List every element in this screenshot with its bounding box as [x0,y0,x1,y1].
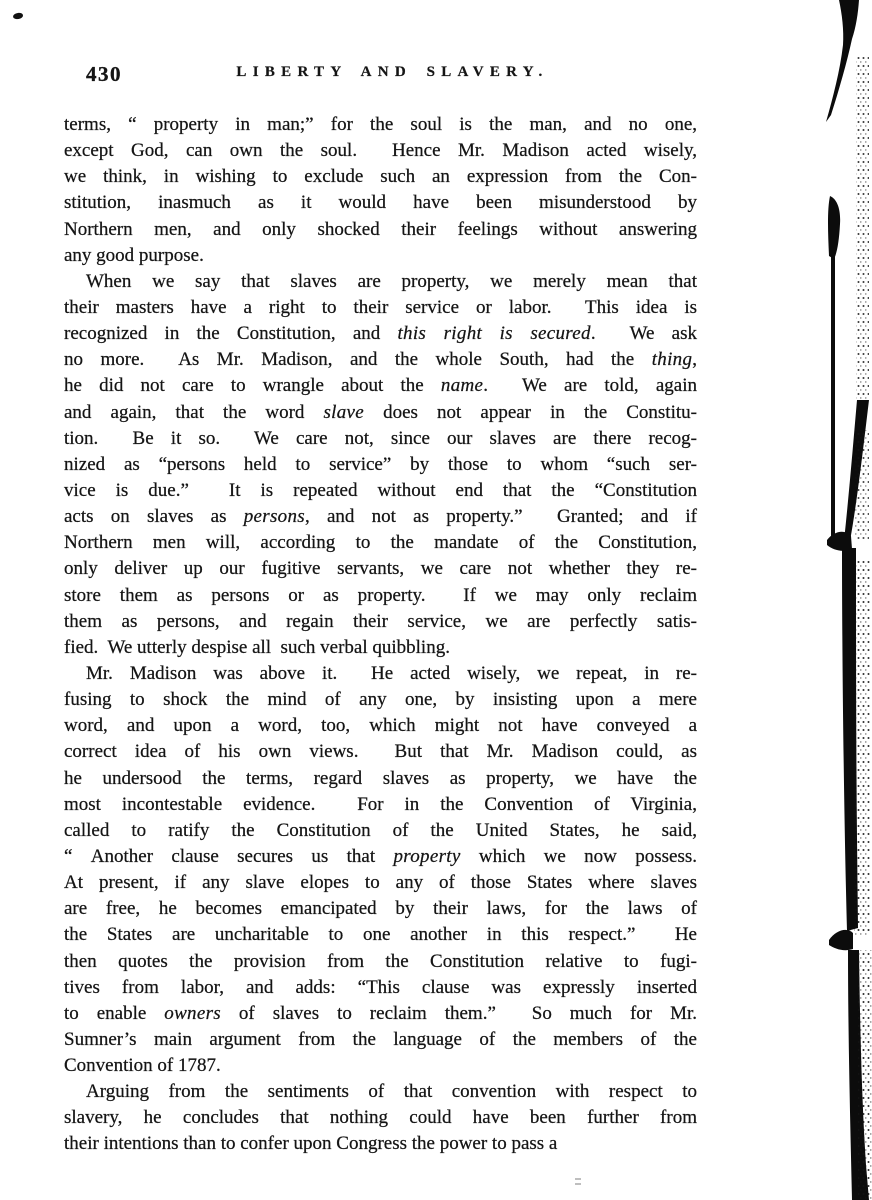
text-line: then quotes the provision from the Const… [64,949,697,975]
text-line: When we say that slaves are property, we… [64,269,697,295]
text-line: most incontestable evidence. For in the … [64,792,697,818]
text-line: called to ratify the Constitution of the… [64,818,697,844]
scan-gutter-artifact [812,0,872,1200]
text-line: slavery, he concludes that nothing could… [64,1105,697,1131]
text-line: nized as “persons held to service” by th… [64,452,697,478]
text-line: Northern men, and only shocked their fee… [64,217,697,243]
text-line: fusing to shock the mind of any one, by … [64,687,697,713]
smudge-mark [575,1178,581,1188]
text-line: he undersood the terms, regard slaves as… [64,766,697,792]
ink-speck [13,12,24,19]
paragraph: Arguing from the sentiments of that conv… [64,1079,697,1157]
text-line: terms, “ property in man;” for the soul … [64,112,697,138]
text-line: the States are uncharitable to one anoth… [64,922,697,948]
text-line: fied. We utterly despise all such verbal… [64,635,697,661]
text-line: Arguing from the sentiments of that conv… [64,1079,697,1105]
text-line: stitution, inasmuch as it would have bee… [64,190,697,216]
text-line: their masters have a right to their serv… [64,295,697,321]
text-line: Mr. Madison was above it. He acted wisel… [64,661,697,687]
text-line: recognized in the Constitution, and this… [64,321,697,347]
text-line: word, and upon a word, too, which might … [64,713,697,739]
paragraph: terms, “ property in man;” for the soul … [64,112,697,269]
text-line: Sumner’s main argument from the language… [64,1027,697,1053]
text-line: At present, if any slave elopes to any o… [64,870,697,896]
text-line: correct idea of his own views. But that … [64,739,697,765]
text-line: vice is due.” It is repeated without end… [64,478,697,504]
text-line: “ Another clause secures us that propert… [64,844,697,870]
text-line: are free, he becomes emancipated by thei… [64,896,697,922]
page-header: 430 LIBERTY AND SLAVERY. [64,60,697,90]
gutter-shadow-shapes [826,0,872,1200]
text-line: he did not care to wrangle about the nam… [64,373,697,399]
text-line: acts on slaves as persons, and not as pr… [64,504,697,530]
scanned-book-page: { "page": { "page_number": "430", "runni… [0,0,872,1200]
paragraph: Mr. Madison was above it. He acted wisel… [64,661,697,1079]
text-line: store them as persons or as property. If… [64,583,697,609]
text-line: tives from labor, and adds: “This clause… [64,975,697,1001]
text-line: their intentions than to confer upon Con… [64,1131,697,1157]
text-line: tion. Be it so. We care not, since our s… [64,426,697,452]
text-line: and again, that the word slave does not … [64,400,697,426]
paragraph: When we say that slaves are property, we… [64,269,697,661]
text-line: to enable owners of slaves to reclaim th… [64,1001,697,1027]
text-line: except God, can own the soul. Hence Mr. … [64,138,697,164]
text-line: any good purpose. [64,243,697,269]
text-line: them as persons, and regain their servic… [64,609,697,635]
text-line: Northern men will, according to the mand… [64,530,697,556]
page-body: terms, “ property in man;” for the soul … [64,112,697,1158]
text-line: only deliver up our fugitive servants, w… [64,556,697,582]
running-title: LIBERTY AND SLAVERY. [76,60,709,81]
text-line: Convention of 1787. [64,1053,697,1079]
text-line: no more. As Mr. Madison, and the whole S… [64,347,697,373]
text-line: we think, in wishing to exclude such an … [64,164,697,190]
